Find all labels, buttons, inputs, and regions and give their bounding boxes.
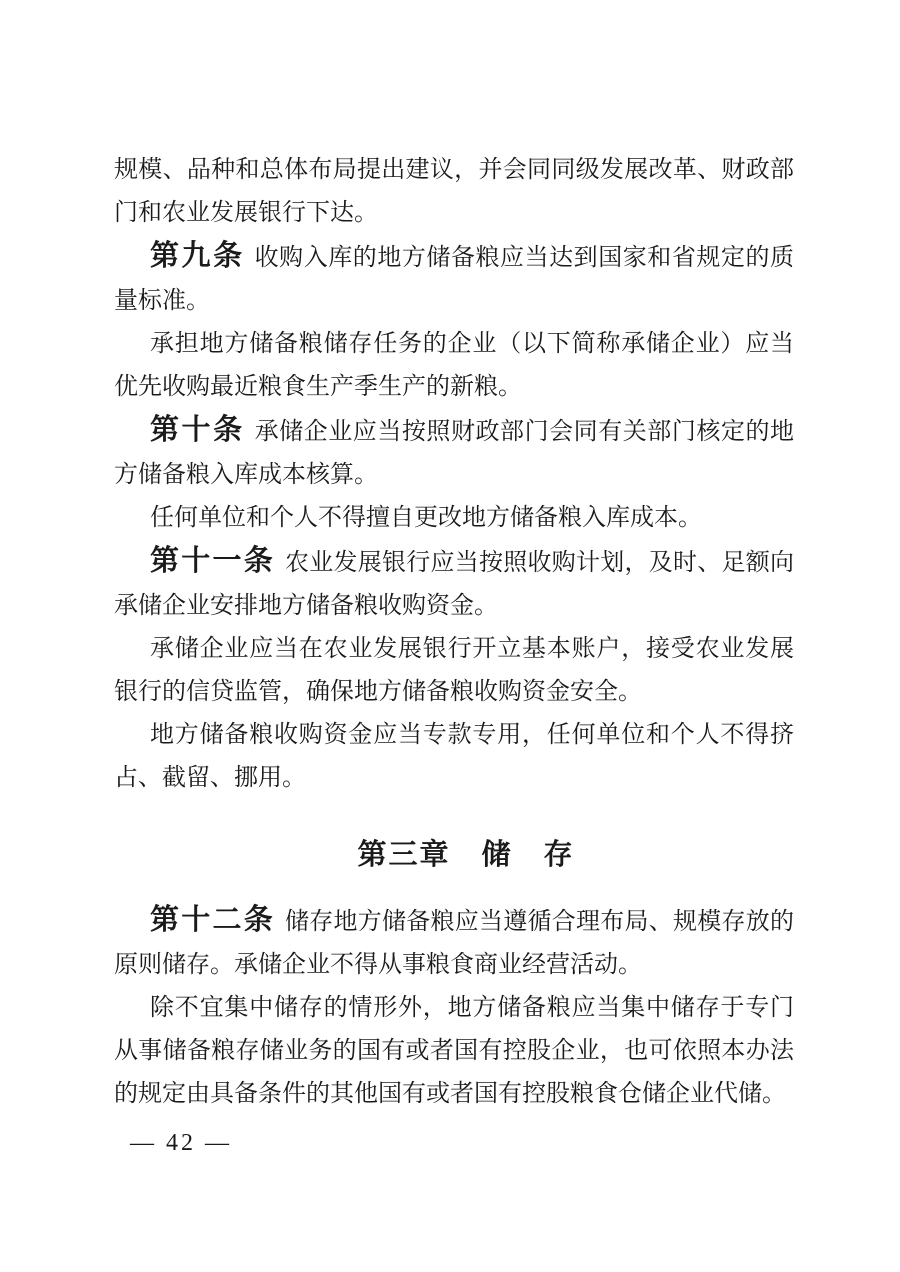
- paragraph: 承担地方储备粮储存任务的企业（以下简称承储企业）应当优先收购最近粮食生产季生产的…: [114, 323, 794, 409]
- article-number-label: 第十条: [150, 414, 245, 446]
- article-number-label: 第九条: [150, 240, 245, 272]
- paragraph: 规模、品种和总体布局提出建议，并会同同级发展改革、财政部门和农业发展银行下达。: [114, 149, 794, 235]
- chapter-heading: 第三章 储 存: [114, 834, 794, 877]
- paragraph: 除不宜集中储存的情形外，地方储备粮应当集中储存于专门从事储备粮存储业务的国有或者…: [114, 987, 794, 1116]
- paragraph-article-12: 第十二条储存地方储备粮应当遵循合理布局、规模存放的原则储存。承储企业不得从事粮食…: [114, 899, 794, 987]
- article-number-label: 第十一条: [150, 545, 275, 577]
- paragraph-text: 任何单位和个人不得擅自更改地方储备粮入库成本。: [150, 505, 702, 531]
- paragraph-text: 规模、品种和总体布局提出建议，并会同同级发展改革、财政部门和农业发展银行下达。: [114, 157, 794, 226]
- paragraph-article-9: 第九条收购入库的地方储备粮应当达到国家和省规定的质量标准。: [114, 235, 794, 323]
- paragraph-text: 除不宜集中储存的情形外，地方储备粮应当集中储存于专门从事储备粮存储业务的国有或者…: [114, 995, 794, 1107]
- paragraph-text: 承担地方储备粮储存任务的企业（以下简称承储企业）应当优先收购最近粮食生产季生产的…: [114, 331, 794, 400]
- document-page: 规模、品种和总体布局提出建议，并会同同级发展改革、财政部门和农业发展银行下达。 …: [0, 0, 900, 1272]
- paragraph-article-10: 第十条承储企业应当按照财政部门会同有关部门核定的地方储备粮入库成本核算。: [114, 409, 794, 497]
- paragraph: 承储企业应当在农业发展银行开立基本账户，接受农业发展银行的信贷监管，确保地方储备…: [114, 628, 794, 714]
- document-content: 规模、品种和总体布局提出建议，并会同同级发展改革、财政部门和农业发展银行下达。 …: [114, 149, 794, 1116]
- paragraph-article-11: 第十一条农业发展银行应当按照收购计划，及时、足额向承储企业安排地方储备粮收购资金…: [114, 540, 794, 628]
- paragraph: 地方储备粮收购资金应当专款专用，任何单位和个人不得挤占、截留、挪用。: [114, 714, 794, 800]
- article-number-label: 第十二条: [150, 904, 275, 936]
- paragraph-text: 承储企业应当在农业发展银行开立基本账户，接受农业发展银行的信贷监管，确保地方储备…: [114, 636, 794, 705]
- paragraph: 任何单位和个人不得擅自更改地方储备粮入库成本。: [114, 497, 794, 540]
- page-number: — 42 —: [130, 1130, 232, 1157]
- paragraph-text: 地方储备粮收购资金应当专款专用，任何单位和个人不得挤占、截留、挪用。: [114, 722, 794, 791]
